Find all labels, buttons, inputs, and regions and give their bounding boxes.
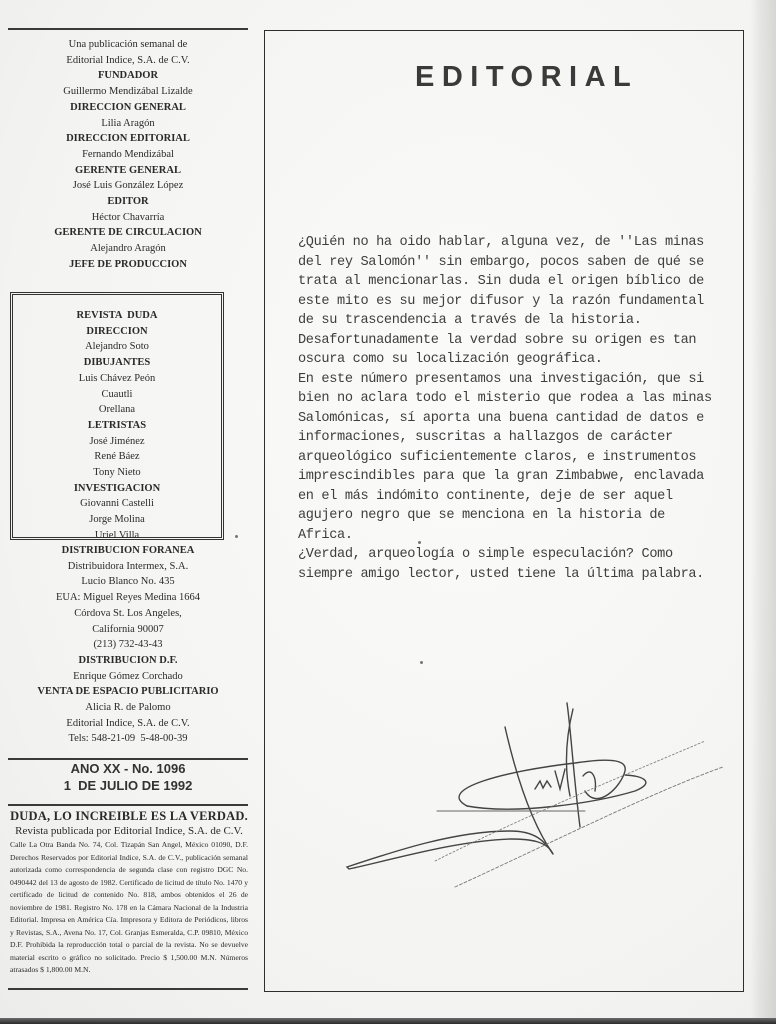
- editorial-title: EDITORIAL: [415, 61, 638, 94]
- role-name: Alejandro Aragón: [8, 241, 248, 257]
- editorial-body: ¿Quién no ha oido hablar, alguna vez, de…: [298, 233, 718, 584]
- dist-line: Distribuidora Intermex, S.A.: [8, 559, 248, 575]
- role-name: Giovanni Castelli: [13, 496, 221, 512]
- staff-box: REVISTA DUDA DIRECCION Alejandro Soto DI…: [10, 292, 224, 540]
- ads-line: Tels: 548-21-09 5-48-00-39: [8, 731, 248, 747]
- role-name: José Jiménez: [13, 434, 221, 450]
- ads-line: Editorial Indice, S.A. de C.V.: [8, 716, 248, 732]
- role-name: José Luis González López: [8, 178, 248, 194]
- role-name: Uriel Villa: [13, 528, 221, 544]
- role-title: DIRECCION EDITORIAL: [8, 131, 248, 147]
- role-title: DIRECCION GENERAL: [8, 100, 248, 116]
- dist-line: Enrique Gómez Corchado: [8, 669, 248, 685]
- role-title: GERENTE GENERAL: [8, 163, 248, 179]
- role-title: LETRISTAS: [13, 418, 221, 434]
- legal-rule: [8, 804, 248, 806]
- role-name: Fernando Mendizábal: [8, 147, 248, 163]
- role-name: René Báez: [13, 449, 221, 465]
- issue-number: ANO XX - No. 1096: [8, 760, 248, 777]
- print-speck: [420, 661, 423, 664]
- role-title: GERENTE DE CIRCULACION: [8, 225, 248, 241]
- role-name: Lilia Aragón: [8, 116, 248, 132]
- magazine-motto: DUDA, LO INCREIBLE ES LA VERDAD.: [10, 808, 248, 824]
- role-name: Guillermo Mendizábal Lizalde: [8, 84, 248, 100]
- show-through-text: ​: [405, 579, 705, 619]
- top-rule: [8, 28, 248, 30]
- editorial-paragraph: ¿Quién no ha oido hablar, alguna vez, de…: [298, 233, 718, 331]
- role-title: FUNDADOR: [8, 68, 248, 84]
- role-name: Héctor Chavarría: [8, 210, 248, 226]
- ads-title: VENTA DE ESPACIO PUBLICITARIO: [8, 684, 248, 700]
- print-speck: [235, 535, 238, 538]
- role-title: DIRECCION: [13, 324, 221, 340]
- role-title: DIBUJANTES: [13, 355, 221, 371]
- dist-line: EUA: Miguel Reyes Medina 1664: [8, 590, 248, 606]
- legal-notice: DUDA, LO INCREIBLE ES LA VERDAD. Revista…: [10, 808, 248, 977]
- dist-line: California 90007: [8, 622, 248, 638]
- role-name: Alejandro Soto: [13, 339, 221, 355]
- intro-line: Editorial Indice, S.A. de C.V.: [8, 53, 248, 69]
- intro-line: Una publicación semanal de: [8, 37, 248, 53]
- dist-foranea-title: DISTRIBUCION FORANEA: [8, 543, 248, 559]
- role-name: Orellana: [13, 402, 221, 418]
- dist-line: (213) 732-43-43: [8, 637, 248, 653]
- editorial-panel: EDITORIAL ​ ¿Quién no ha oido hablar, al…: [264, 30, 744, 992]
- role-name: Tony Nieto: [13, 465, 221, 481]
- role-title: JEFE DE PRODUCCION: [8, 257, 248, 273]
- bottom-rule: [8, 988, 248, 990]
- dist-df-title: DISTRIBUCION D.F.: [8, 653, 248, 669]
- dist-line: Lucio Blanco No. 435: [8, 574, 248, 590]
- print-speck: [418, 541, 421, 544]
- role-name: Jorge Molina: [13, 512, 221, 528]
- staff-heading: REVISTA DUDA: [13, 308, 221, 324]
- issue-info: ANO XX - No. 1096 1 DE JULIO DE 1992: [8, 760, 248, 794]
- issue-date: 1 DE JULIO DE 1992: [8, 777, 248, 794]
- role-name: Luis Chávez Peón: [13, 371, 221, 387]
- editorial-paragraph: En este número presentamos una investiga…: [298, 370, 718, 546]
- publisher-line: Revista publicada por Editorial Indice, …: [10, 824, 248, 838]
- role-title: EDITOR: [8, 194, 248, 210]
- masthead-credits: Una publicación semanal de Editorial Ind…: [8, 37, 248, 273]
- dist-line: Córdova St. Los Angeles,: [8, 606, 248, 622]
- page-bottom-edge: [0, 1018, 776, 1024]
- ads-line: Alicia R. de Palomo: [8, 700, 248, 716]
- role-title: INVESTIGACION: [13, 481, 221, 497]
- fine-print: Calle La Otra Banda No. 74, Col. Tizapán…: [10, 839, 248, 977]
- editorial-paragraph: ¿Verdad, arqueología o simple especulaci…: [298, 545, 718, 584]
- distribution-info: DISTRIBUCION FORANEA Distribuidora Inter…: [8, 543, 248, 747]
- role-name: Cuautli: [13, 387, 221, 403]
- signature-icon: [335, 691, 735, 891]
- editorial-paragraph: Desafortunadamente la verdad sobre su or…: [298, 331, 718, 370]
